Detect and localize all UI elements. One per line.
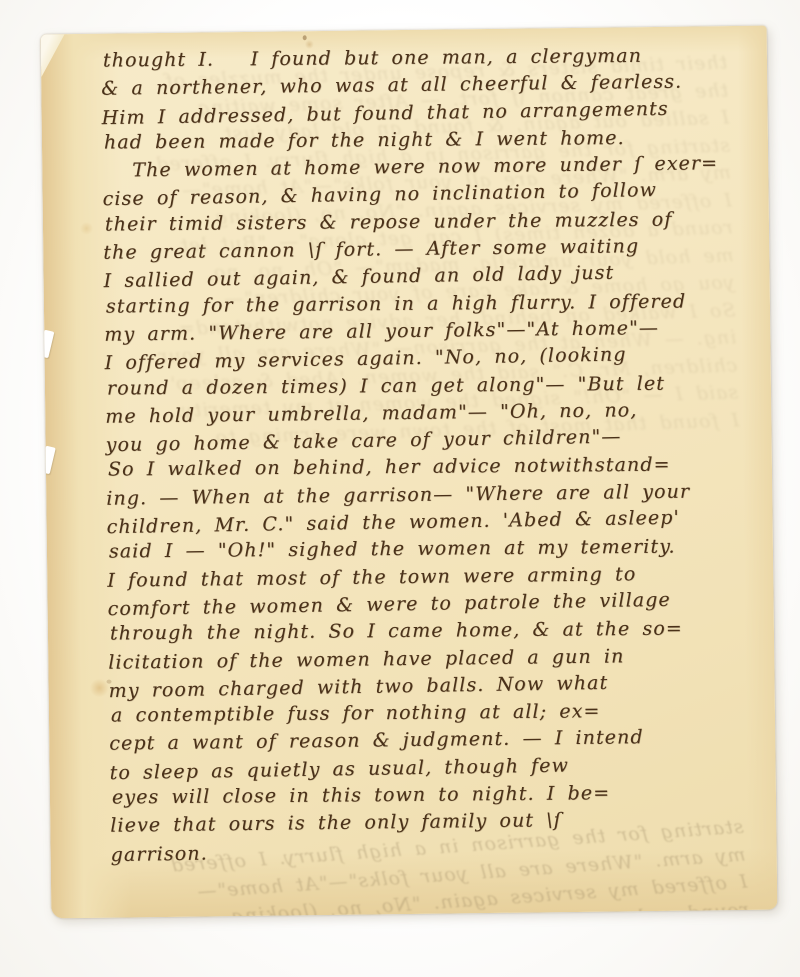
handwritten-line: thought I. I found but one man, a clergy… xyxy=(103,42,761,75)
stain-speck xyxy=(107,680,112,684)
handwritten-line: their timid sisters & repose under the m… xyxy=(105,206,763,239)
ink-speck xyxy=(303,35,307,40)
letter-page: their timid sisters & repose under the m… xyxy=(41,26,778,919)
handwritten-text: thought I. I found but one man, a clergy… xyxy=(101,41,771,868)
handwritten-line: starting for the garrison in a high flur… xyxy=(106,287,764,320)
folded-corner xyxy=(41,34,66,77)
handwritten-line: round a dozen times) I can get along"— "… xyxy=(107,369,765,402)
handwritten-line: eyes will close in this town to night. I… xyxy=(112,779,770,812)
handwritten-line: had been made for the night & I went hom… xyxy=(104,124,762,157)
